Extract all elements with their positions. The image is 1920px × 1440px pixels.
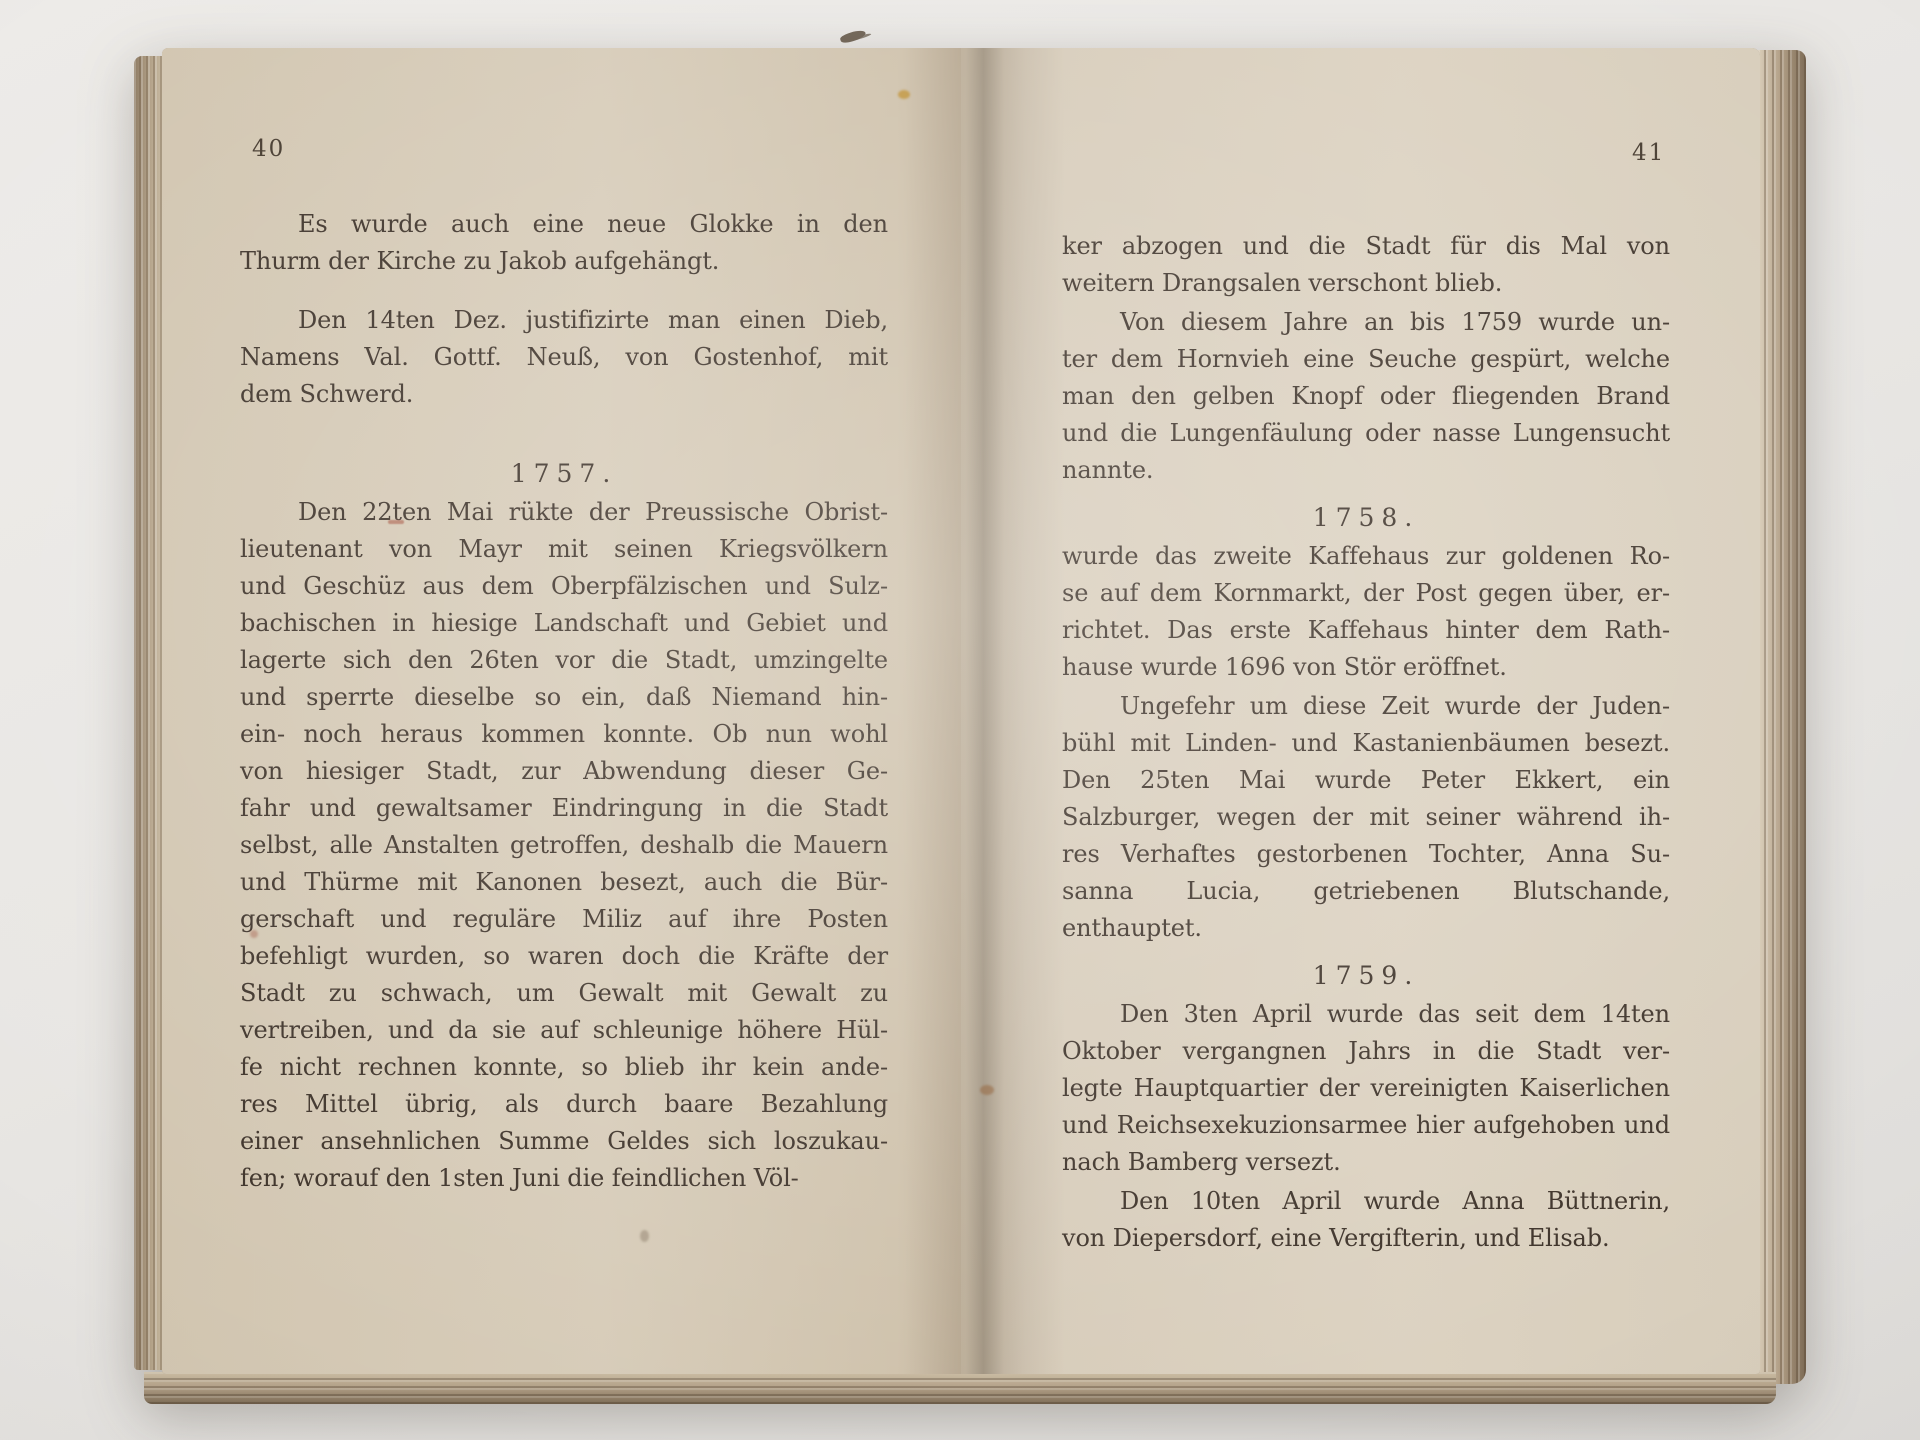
text-line: ker abzogen und die Stadt für dis Mal vo…: [1062, 228, 1670, 265]
text-line: Den 22ten Mai rükte der Preussische Obri…: [240, 494, 888, 531]
page-edge-stack-left: [134, 56, 164, 1370]
text-line: Salzburger, wegen der mit seiner während…: [1062, 799, 1670, 836]
paragraph: Den 14ten Dez. justifizirte man einen Di…: [240, 302, 888, 413]
text-line: bachischen in hiesige Landschaft und Geb…: [240, 605, 888, 642]
text-line: Stadt zu schwach, um Gewalt mit Gewalt z…: [240, 975, 888, 1012]
ink-mark-top: [839, 28, 867, 45]
text-line: sanna Lucia, getriebenen Blutschande, en…: [1062, 873, 1670, 947]
text-line: Namens Val. Gottf. Neuß, von Gostenhof, …: [240, 339, 888, 376]
paragraph: wurde das zweite Kaffehaus zur goldenen …: [1062, 538, 1670, 686]
text-line: Ungefehr um diese Zeit wurde der Juden-: [1062, 688, 1670, 725]
text-line: gerschaft und reguläre Miliz auf ihre Po…: [240, 901, 888, 938]
text-line: selbst, alle Anstalten getroffen, deshal…: [240, 827, 888, 864]
page-number-right: 41: [1632, 140, 1665, 166]
paragraph: Den 10ten April wurde Anna Büttnerin,von…: [1062, 1183, 1670, 1257]
text-line: und sperrte dieselbe so ein, daß Niemand…: [240, 679, 888, 716]
text-line: res Verhaftes gestorbenen Tochter, Anna …: [1062, 836, 1670, 873]
text-line: nannte.: [1062, 452, 1670, 489]
text-line: von hiesiger Stadt, zur Abwendung dieser…: [240, 753, 888, 790]
text-line: Den 14ten Dez. justifizirte man einen Di…: [240, 302, 888, 339]
paragraph: ker abzogen und die Stadt für dis Mal vo…: [1062, 228, 1670, 302]
text-line: fe nicht rechnen konnte, so blieb ihr ke…: [240, 1049, 888, 1086]
text-line: vertreiben, und da sie auf schleunige hö…: [240, 1012, 888, 1049]
text-line: einer ansehnlichen Summe Geldes sich los…: [240, 1123, 888, 1160]
text-line: Es wurde auch eine neue Glokke in den: [240, 206, 888, 243]
text-line: wurde das zweite Kaffehaus zur goldenen …: [1062, 538, 1670, 575]
text-line: man den gelben Knopf oder fliegenden Bra…: [1062, 378, 1670, 415]
text-line: und Reichsexekuzionsarmee hier aufgehobe…: [1062, 1107, 1670, 1144]
year-heading: 1759.: [1062, 957, 1670, 994]
text-line: Thurm der Kirche zu Jakob aufgehängt.: [240, 243, 888, 280]
text-line: se auf dem Kornmarkt, der Post gegen übe…: [1062, 575, 1670, 612]
text-line: dem Schwerd.: [240, 376, 888, 413]
text-line: lagerte sich den 26ten vor die Stadt, um…: [240, 642, 888, 679]
paragraph: Den 3ten April wurde das seit dem 14tenO…: [1062, 996, 1670, 1181]
text-line: weitern Drangsalen verschont blieb.: [1062, 265, 1670, 302]
text-line: ter dem Hornvieh eine Seuche gespürt, we…: [1062, 341, 1670, 378]
year-heading: 1758.: [1062, 499, 1670, 536]
text-line: befehligt wurden, so waren doch die Kräf…: [240, 938, 888, 975]
paragraph: Den 22ten Mai rükte der Preussische Obri…: [240, 494, 888, 1197]
text-line: bühl mit Linden- und Kastanienbäumen bes…: [1062, 725, 1670, 762]
paragraph: Es wurde auch eine neue Glokke in denThu…: [240, 206, 888, 280]
text-line: Den 25ten Mai wurde Peter Ekkert, ein: [1062, 762, 1670, 799]
text-line: und die Lungenfäulung oder nasse Lungens…: [1062, 415, 1670, 452]
text-line: Den 10ten April wurde Anna Büttnerin,: [1062, 1183, 1670, 1220]
page-edge-stack-right: [1758, 50, 1806, 1384]
text-line: Von diesem Jahre an bis 1759 wurde un-: [1062, 304, 1670, 341]
text-line: Den 3ten April wurde das seit dem 14ten: [1062, 996, 1670, 1033]
text-line: legte Hauptquartier der vereinigten Kais…: [1062, 1070, 1670, 1107]
text-line: Oktober vergangnen Jahrs in die Stadt ve…: [1062, 1033, 1670, 1070]
paragraph: Von diesem Jahre an bis 1759 wurde un-te…: [1062, 304, 1670, 489]
text-line: von Diepersdorf, eine Vergifterin, und E…: [1062, 1220, 1670, 1257]
page-edge-stack-bottom: [144, 1372, 1776, 1404]
text-column-left: Es wurde auch eine neue Glokke in denThu…: [240, 206, 888, 1197]
text-line: lieutenant von Mayr mit seinen Kriegsvöl…: [240, 531, 888, 568]
text-line: nach Bamberg versezt.: [1062, 1144, 1670, 1181]
photo-background: 40 41 Es wurde auch eine neue Glokke in …: [0, 0, 1920, 1440]
paragraph: Ungefehr um diese Zeit wurde der Juden-b…: [1062, 688, 1670, 947]
text-line: fen; worauf den 1sten Juni die feindlich…: [240, 1160, 888, 1197]
year-heading: 1757.: [240, 455, 888, 492]
text-line: richtet. Das erste Kaffehaus hinter dem …: [1062, 612, 1670, 649]
text-line: res Mittel übrig, als durch baare Bezahl…: [240, 1086, 888, 1123]
text-line: fahr und gewaltsamer Eindringung in die …: [240, 790, 888, 827]
text-line: und Thürme mit Kanonen besezt, auch die …: [240, 864, 888, 901]
page-number-left: 40: [252, 136, 285, 162]
text-line: ein- noch heraus kommen konnte. Ob nun w…: [240, 716, 888, 753]
text-line: und Geschüz aus dem Oberpfälzischen und …: [240, 568, 888, 605]
text-column-right: ker abzogen und die Stadt für dis Mal vo…: [1062, 228, 1670, 1257]
text-line: hause wurde 1696 von Stör eröffnet.: [1062, 649, 1670, 686]
